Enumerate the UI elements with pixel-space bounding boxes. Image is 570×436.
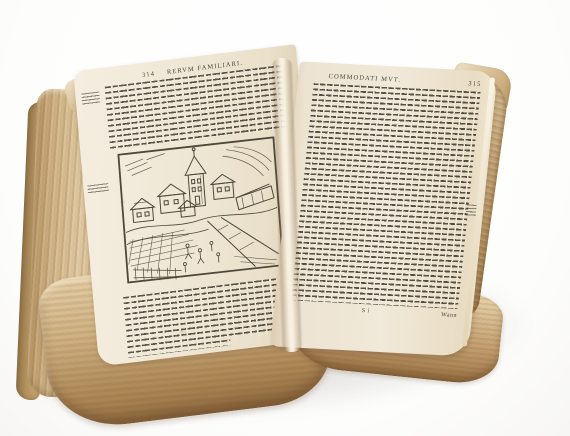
signature-mark: S i — [361, 308, 370, 314]
right-page: COMMODATI MVT. 315 S i Wann — [270, 61, 498, 356]
foxing-spot — [330, 120, 334, 123]
right-page-number: 315 — [468, 80, 482, 88]
sky-hatching — [125, 142, 273, 191]
right-text-block — [291, 83, 481, 309]
foxing-spot — [180, 330, 186, 334]
foreground-hatching — [127, 220, 277, 280]
left-marginal-note-top — [81, 91, 100, 106]
left-houses — [129, 183, 187, 223]
catchword: Wann — [441, 312, 457, 319]
right-running-title: COMMODATI MVT. — [328, 73, 401, 84]
town-view-woodcut — [115, 135, 287, 291]
left-page-number: 314 — [142, 71, 156, 80]
right-houses — [176, 169, 274, 218]
left-marginal-note-mid — [87, 183, 109, 194]
right-marginal-note — [465, 204, 479, 217]
book-photo: 314 RERVM FAMILIARI. — [0, 0, 570, 436]
foxing-spot — [120, 200, 125, 204]
central-tower — [183, 147, 208, 208]
figures — [182, 241, 221, 273]
